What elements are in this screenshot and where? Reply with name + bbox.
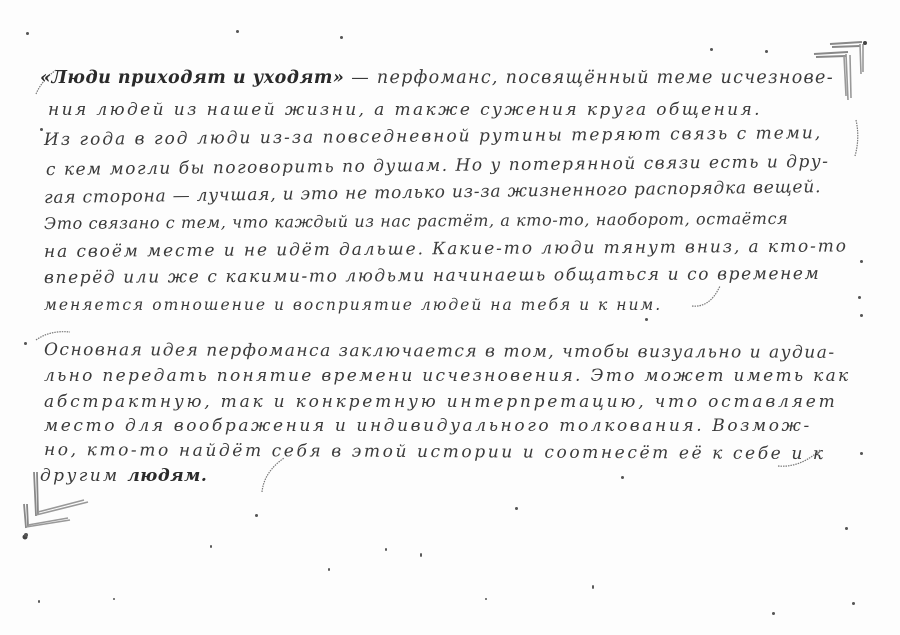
text-line: другим людям. xyxy=(40,466,207,486)
text-line: гая сторона — лучшая, и это не только из… xyxy=(44,177,822,208)
text-line: с кем могли бы поговорить по душам. Но у… xyxy=(46,152,830,180)
text-line: на своём месте и не идёт дальше. Какие-т… xyxy=(44,236,848,262)
text-line: ния людей из нашей жизни, а также сужени… xyxy=(48,100,762,120)
text-fragment: — перфоманс, посвящённый теме исчезнове- xyxy=(351,68,834,88)
text-line: абстрактную, так и конкретную интерпрета… xyxy=(44,392,838,412)
scan-speck xyxy=(328,568,330,571)
text-line: льно передать понятие времени исчезновен… xyxy=(44,366,850,386)
scan-speck xyxy=(24,342,27,345)
text-line: Из года в год люди из-за повседневной ру… xyxy=(44,123,822,150)
scan-speck xyxy=(860,314,863,317)
text-line: Основная идея перфоманса заключается в т… xyxy=(44,340,836,363)
text-line: Это связано с тем, что каждый из нас рас… xyxy=(44,209,788,233)
scan-speck xyxy=(765,50,768,53)
scan-speck xyxy=(860,452,863,455)
scan-speck xyxy=(38,600,40,603)
text-line: место для воображения и индивидуального … xyxy=(44,416,812,436)
scan-speck xyxy=(210,545,212,548)
scan-speck xyxy=(236,30,239,33)
scanned-page: «Люди приходят и уходят» — перфоманс, по… xyxy=(0,0,900,635)
scan-speck xyxy=(26,32,29,35)
scan-speck xyxy=(852,602,855,605)
text-line: вперёд или же с какими-то людьми начинае… xyxy=(44,264,820,288)
text-fragment: другим xyxy=(40,466,127,486)
title-quote: «Люди приходят и уходят» xyxy=(40,68,344,88)
scan-speck xyxy=(255,514,258,517)
emphasized-word: людям. xyxy=(127,466,207,486)
squiggle-mark xyxy=(850,118,864,158)
scan-speck xyxy=(710,48,713,51)
scan-speck xyxy=(645,318,648,321)
scan-speck xyxy=(515,507,518,510)
scan-speck xyxy=(858,296,861,299)
scan-speck xyxy=(845,527,848,530)
scan-speck xyxy=(485,598,487,600)
scan-speck xyxy=(772,612,775,615)
scan-speck xyxy=(24,533,28,537)
scan-speck xyxy=(40,128,43,131)
scan-speck xyxy=(113,598,115,600)
scan-speck xyxy=(621,476,624,479)
scan-speck xyxy=(860,260,863,263)
text-line: меняется отношение и восприятие людей на… xyxy=(44,296,662,314)
scan-speck xyxy=(592,585,594,589)
squiggle-mark xyxy=(690,282,730,310)
scan-speck xyxy=(385,548,387,551)
scan-speck xyxy=(340,36,343,39)
text-line: но, кто-то найдёт себя в этой истории и … xyxy=(44,440,826,464)
text-line: «Люди приходят и уходят» — перфоманс, по… xyxy=(40,68,834,88)
scan-speck xyxy=(420,553,422,557)
